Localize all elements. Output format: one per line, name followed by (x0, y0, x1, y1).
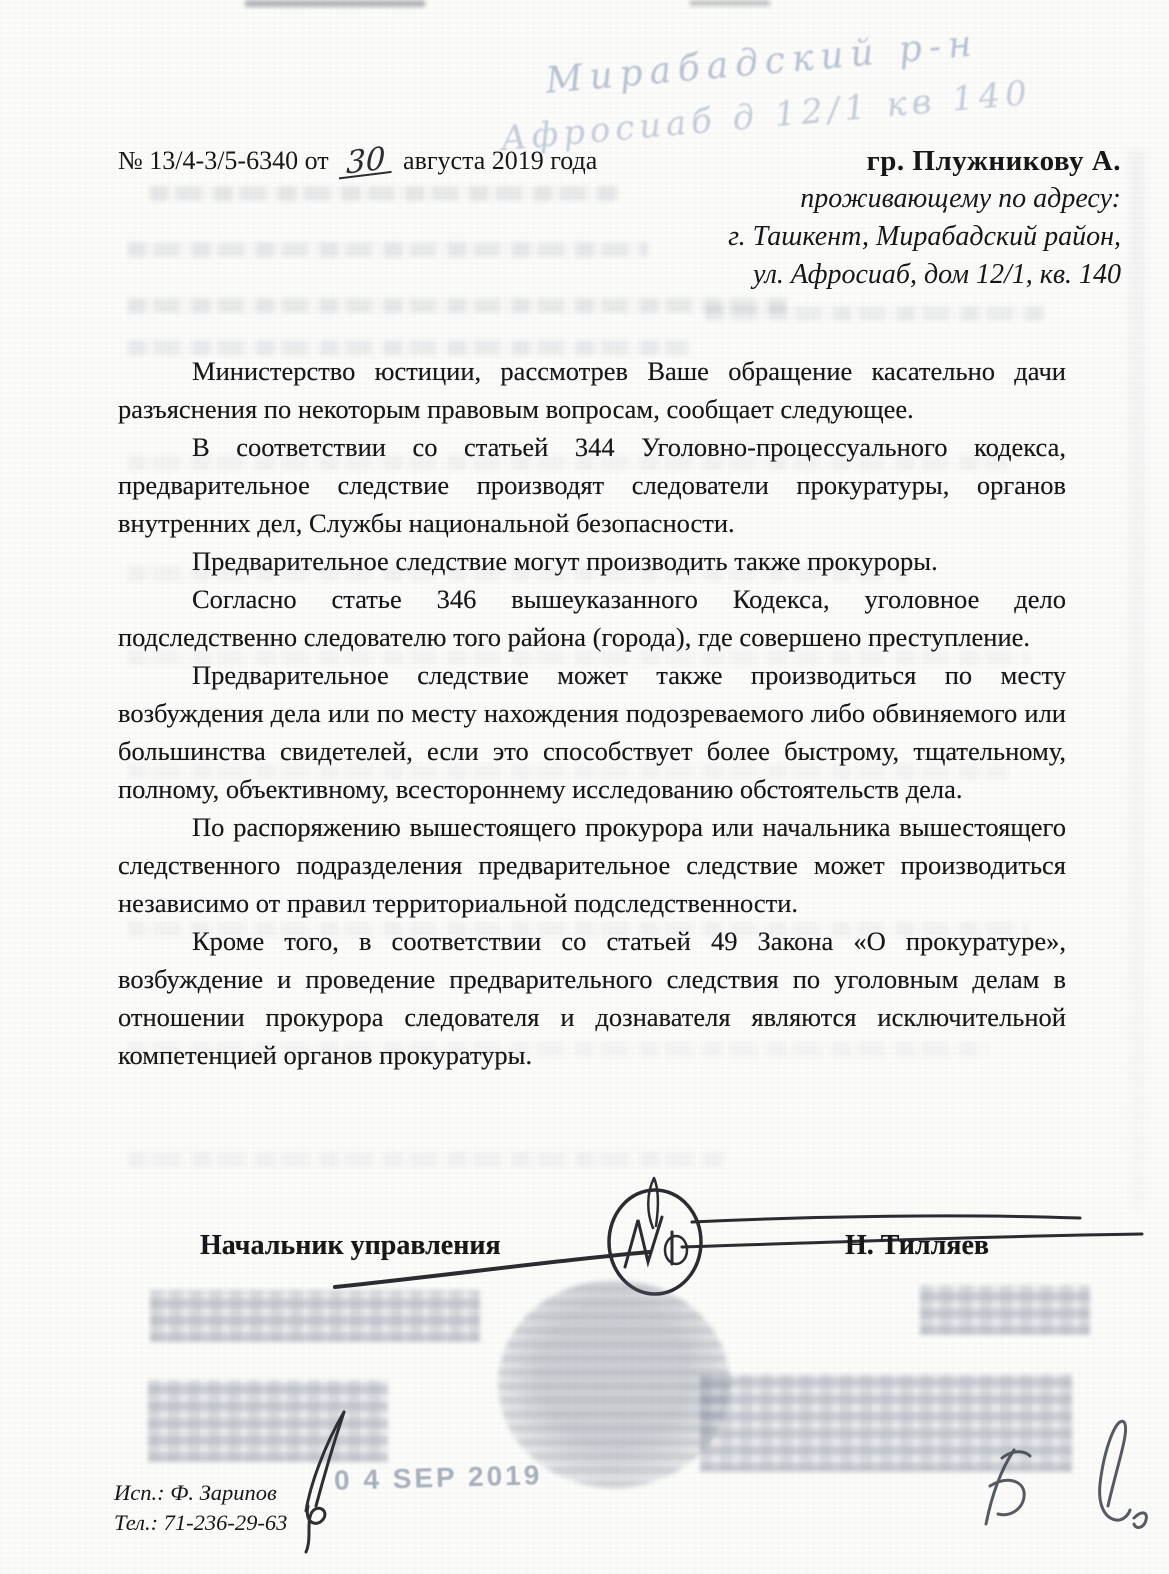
handwritten-initials-ink (958, 1406, 1168, 1566)
paragraph: Предварительное следствие могут производ… (118, 542, 1066, 580)
handwritten-day: 30 (339, 145, 393, 180)
bleedthrough-line (128, 298, 788, 313)
bleedthrough-block (150, 1290, 480, 1342)
incoming-date-stamp: 0 4 SEP 2019 (334, 1459, 543, 1496)
signatory-name: Н. Тилляев (845, 1230, 989, 1262)
bleedthrough-round-stamp (498, 1280, 730, 1488)
addressee-address-line: г. Ташкент, Мирабадский район, (728, 218, 1121, 256)
bleedthrough-block (920, 1285, 1090, 1335)
reference-date: августа 2019 года (403, 146, 597, 175)
paragraph: Министерство юстиции, рассмотрев Ваше об… (118, 352, 1066, 428)
bleedthrough-line (128, 242, 648, 257)
addressee-address-line: проживающему по адресу: (728, 180, 1121, 218)
scan-edge-smudge (245, 0, 425, 7)
bleedthrough-line (150, 186, 620, 201)
paragraph: По распоряжению вышестоящего прокурора и… (118, 808, 1066, 922)
paragraph: В соответствии со статьей 344 Уголовно-п… (118, 428, 1066, 542)
paragraph: Кроме того, в соответствии со статьей 49… (118, 922, 1066, 1074)
addressee-block: гр. Плужникову А. проживающему по адресу… (728, 142, 1121, 294)
signature-ink (320, 1172, 1150, 1302)
reference-number: № 13/4-3/5-6340 от (118, 146, 329, 175)
addressee-address-line: ул. Афросиаб, дом 12/1, кв. 140 (728, 256, 1121, 294)
reference-line: № 13/4-3/5-6340 от 30 августа 2019 года (118, 146, 597, 176)
executor-phone: Тел.: 71-236-29-63 (114, 1508, 287, 1538)
bleedthrough-line (128, 1152, 728, 1167)
addressee-name: гр. Плужникову А. (728, 142, 1121, 180)
bleedthrough-line (705, 306, 1045, 321)
paragraph: Согласно статье 346 вышеуказанного Кодек… (118, 580, 1066, 656)
scan-edge-streak (1129, 150, 1145, 1210)
scan-edge-smudge (690, 0, 770, 6)
executor-name: Исп.: Ф. Зарипов (114, 1478, 287, 1508)
executor-block: Исп.: Ф. Зарипов Тел.: 71-236-29-63 (114, 1478, 287, 1538)
letter-body: Министерство юстиции, рассмотрев Ваше об… (118, 352, 1066, 1074)
scanned-letter-page: Мирабадский р-н Афросиаб д 12/1 кв 140 №… (0, 0, 1169, 1574)
paragraph: Предварительное следствие может также пр… (118, 656, 1066, 808)
